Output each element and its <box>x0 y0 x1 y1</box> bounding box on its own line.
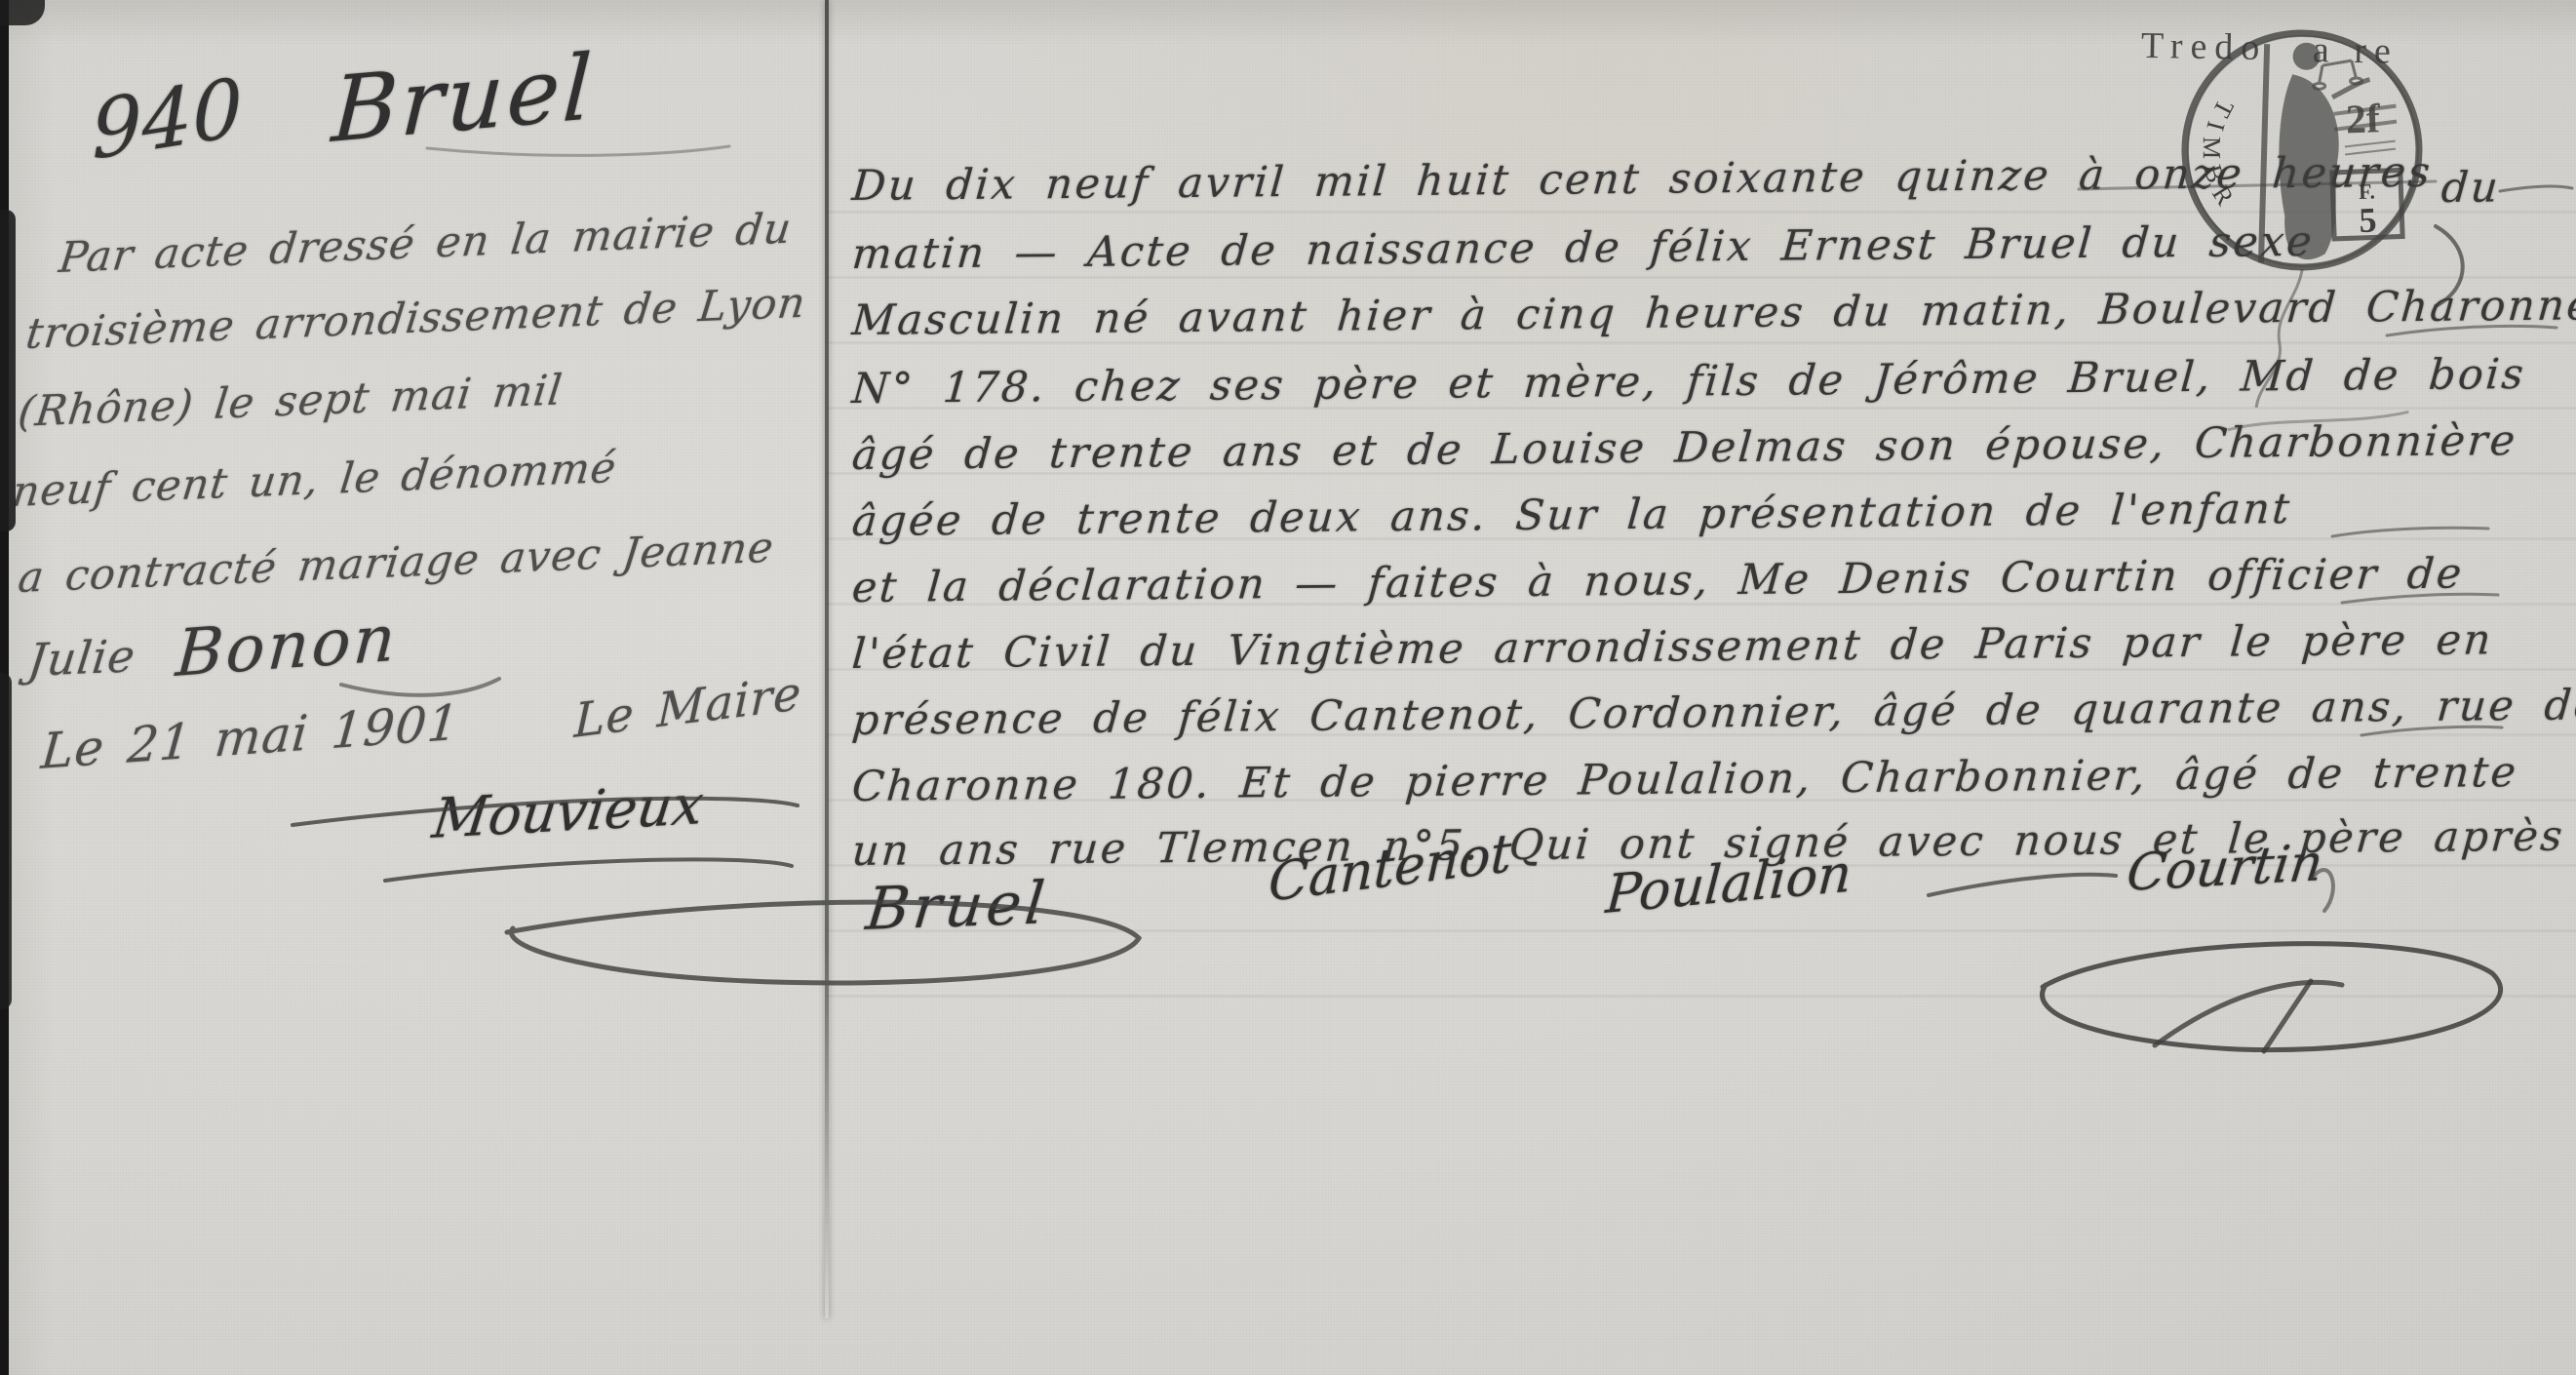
mayor-signature: Mouvieux <box>429 773 707 851</box>
signature-declarant: Bruel <box>863 869 1051 944</box>
page-fold-line <box>825 0 829 1318</box>
printed-overprint-left: Tredo <box>2141 24 2268 69</box>
stamp-value-strike <box>2334 122 2397 130</box>
spouse-given-name: Julie <box>25 629 138 687</box>
stamp-value-label: 2f <box>2345 97 2382 142</box>
scan-edge-blob <box>0 210 16 531</box>
margin-note-line: neuf cent un, le dénommé <box>10 444 619 517</box>
margin-date: Le 21 mai 1901 <box>39 694 462 780</box>
margin-note-line: troisième arrondissement de Lyon <box>23 279 808 359</box>
margin-note-line: Par acte dressé en la mairie du <box>57 205 795 283</box>
stamp-figure-arm <box>2331 80 2370 98</box>
bonon-tail-stroke <box>341 679 499 695</box>
margin-note-line: (Rhône) le sept mai mil <box>16 366 566 437</box>
birth-register-scan: 940 Bruel Par acte dressé en la mairie d… <box>0 0 2576 1375</box>
signature-officer: Courtin <box>2124 834 2326 903</box>
act-surname-header: Bruel <box>330 35 597 163</box>
mayor-title: Le Maire <box>573 666 802 749</box>
scan-edge-blob <box>0 673 12 1009</box>
stamp-value-strike <box>2333 106 2396 114</box>
spouse-surname: Bonon <box>174 601 401 691</box>
printed-overprint-right: a re <box>2313 28 2400 73</box>
scan-edge-blob <box>0 0 45 25</box>
act-line-end-word: du <box>2439 163 2502 213</box>
margin-note-line: a contracté mariage avec Jeanne <box>16 524 776 603</box>
act-number: 940 <box>91 61 243 178</box>
mayor-strike-stroke <box>385 859 792 881</box>
